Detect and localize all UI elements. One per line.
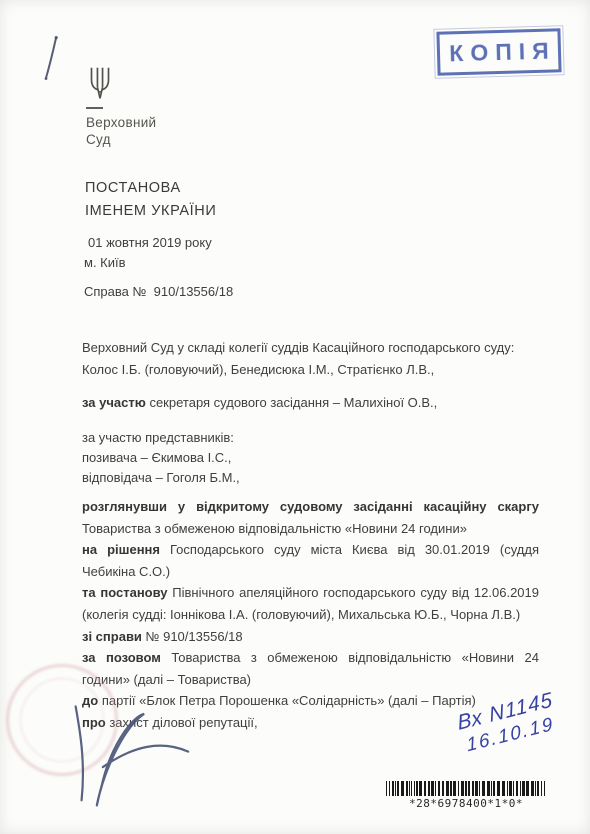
decision-date: 01 жовтня 2019 року bbox=[84, 233, 212, 253]
secretary-line: за участю секретаря судового засідання –… bbox=[82, 392, 539, 414]
representatives-header: за участю представників: bbox=[82, 428, 539, 448]
defendant-representative: відповідача – Гоголя Б.М., bbox=[82, 468, 539, 488]
recital-appellate: та постанову Північного апеляційного гос… bbox=[82, 582, 539, 625]
logo-divider bbox=[86, 107, 103, 109]
tryzub-icon bbox=[87, 66, 113, 100]
composition-line2: Колос І.Б. (головуючий), Бенедисюка І.М.… bbox=[82, 359, 539, 381]
composition-line1: Верховний Суд у складі колегії суддів Ка… bbox=[82, 337, 539, 359]
paragraph: за участю секретаря судового засідання –… bbox=[82, 392, 539, 414]
pen-mark-stroke bbox=[40, 34, 62, 86]
secretary-rest: секретаря судового засідання – Малихіної… bbox=[146, 395, 437, 410]
secretary-bold: за участю bbox=[82, 395, 146, 410]
decision-city: м. Київ bbox=[84, 253, 212, 273]
barcode-bars bbox=[386, 781, 546, 796]
recital-case: зі справи № 910/13556/18 bbox=[82, 626, 539, 648]
representatives: за участю представників: позивача – Єким… bbox=[82, 428, 539, 488]
signature-scribble bbox=[45, 690, 201, 810]
case-number: Справа № 910/13556/18 bbox=[84, 284, 233, 299]
recital-claim: за позовом Товариства з обмеженою відпов… bbox=[82, 647, 539, 690]
recital-appeal: розглянувши у відкритому судовому засіда… bbox=[82, 496, 539, 539]
logo-text-line1: Верховний bbox=[86, 115, 156, 132]
copy-stamp: КОПІЯ bbox=[436, 28, 561, 75]
date-place: 01 жовтня 2019 року м. Київ bbox=[84, 233, 212, 272]
court-composition: Верховний Суд у складі колегії суддів Ка… bbox=[82, 337, 539, 380]
recital-first-instance: на рішення Господарського суду міста Киє… bbox=[82, 539, 539, 582]
title-line2: ІМЕНЕМ УКРАЇНИ bbox=[85, 200, 216, 223]
barcode-text: *28*6978400*1*0* bbox=[386, 797, 546, 810]
plaintiff-representative: позивача – Єкимова І.С., bbox=[82, 448, 539, 468]
supreme-court-logo: Верховний Суд bbox=[86, 66, 156, 148]
logo-text-line2: Суд bbox=[86, 132, 156, 149]
document-title: ПОСТАНОВА ІМЕНЕМ УКРАЇНИ bbox=[85, 177, 216, 222]
scanned-court-decision-page: КОПІЯ Верховний Суд ПОСТАНОВА ІМЕНЕМ УКР… bbox=[0, 0, 590, 834]
barcode: *28*6978400*1*0* bbox=[386, 781, 546, 810]
title-line1: ПОСТАНОВА bbox=[85, 177, 216, 200]
